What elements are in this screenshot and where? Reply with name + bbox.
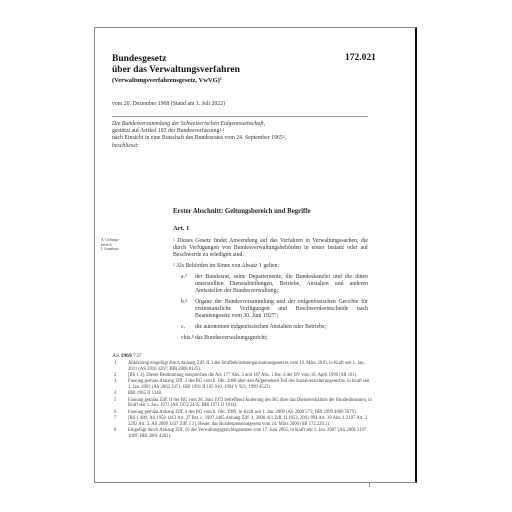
page-number: 1	[368, 483, 371, 489]
footnote-text: [BS 1 489; AS 1958 1413 Art. 27 Bst. c, …	[128, 416, 372, 427]
list-item-marker: c.	[181, 324, 195, 331]
margin-note: A. Geltungs-bereich I. Grundsatz	[101, 238, 127, 252]
preamble-line-4: beschliesst:	[112, 143, 286, 150]
list-item: c.die autonomen eidgenössischen Anstalte…	[173, 324, 368, 331]
title-line-2: über das Verwaltungsverfahren	[112, 65, 240, 76]
title-line-1: Bundesgesetz	[112, 54, 240, 65]
article-heading: Art. 1	[173, 225, 189, 232]
margin-note-scope: A. Geltungs-bereich	[101, 238, 127, 247]
footnote-number: 6	[112, 410, 128, 416]
footnote-ref[interactable]: 8	[192, 335, 194, 339]
article-body: 1 Dieses Gesetz findet Anwendung auf das…	[173, 238, 368, 346]
list-item-text: die autonomen eidgenössischen Anstalten …	[195, 324, 368, 331]
list-item-marker: a.5	[181, 274, 195, 295]
footnote: 1Abkürzung eingefügt durch Anhang Ziff. …	[112, 361, 372, 372]
paragraph-1: 1 Dieses Gesetz findet Anwendung auf das…	[173, 238, 368, 259]
official-collection-ref: AS 1969 737	[112, 353, 142, 359]
authority-list: a.5der Bundesrat, seine Departemente, di…	[173, 274, 368, 342]
divider	[112, 116, 368, 117]
footnote-text: Fassung gemäss Ziff. II des BG vom 28. J…	[128, 398, 372, 409]
footnote-text: Abkürzung eingefügt durch Anhang Ziff. I…	[128, 361, 372, 372]
footnote: 4BBl 1965 II 1348.	[112, 391, 372, 397]
law-title: Bundesgesetz über das Verwaltungsverfahr…	[112, 54, 240, 85]
footnote: 8Eingefügt durch Anhang Ziff. 10 des Ver…	[112, 428, 372, 439]
footnote-number: 7	[112, 416, 128, 427]
document-page: Bundesgesetz über das Verwaltungsverfahr…	[94, 27, 417, 483]
list-item: a.5der Bundesrat, seine Departemente, di…	[173, 274, 368, 295]
footnote-number: 5	[112, 398, 128, 409]
footnote-ref[interactable]: 1	[220, 77, 222, 81]
section-heading: Erster Abschnitt: Geltungsbereich und Be…	[173, 208, 311, 215]
preamble: Die Bundesversammlung der Schweizerische…	[112, 121, 286, 150]
list-item: cbis.8das Bundesverwaltungsgericht;	[173, 335, 368, 342]
footnote-ref[interactable]: 5	[185, 274, 187, 278]
footnote: 2[BS 1 3]. Dieser Bestimmung entsprechen…	[112, 373, 372, 379]
footnote-number: 1	[112, 361, 128, 372]
footnote: 5Fassung gemäss Ziff. II des BG vom 28. …	[112, 398, 372, 409]
footnote-number: 2	[112, 373, 128, 379]
footnote: 3Fassung gemäss Anhang Ziff. 2 des BG vo…	[112, 379, 372, 390]
title-line-3: (Verwaltungsverfahrensgesetz, VwVG)1	[112, 76, 240, 85]
footnote-text: Fassung gemäss Anhang Ziff. 4 des BG vom…	[128, 410, 372, 416]
list-item-marker: cbis.8	[181, 335, 195, 342]
list-item-text: das Bundesverwaltungsgericht;	[195, 335, 368, 342]
footnote-number: 8	[112, 428, 128, 439]
list-item-label: cbis.	[181, 335, 192, 341]
footnote-ref[interactable]: 6	[185, 299, 187, 303]
footnote-number: 3	[112, 379, 128, 390]
footnote-text: Fassung gemäss Anhang Ziff. 2 des BG vom…	[128, 379, 372, 390]
footnotes: 1Abkürzung eingefügt durch Anhang Ziff. …	[112, 361, 372, 440]
footnote-number: 4	[112, 391, 128, 397]
preamble-line-3: nach Einsicht in eine Botschaft des Bund…	[112, 135, 286, 142]
margin-note-principle: I. Grundsatz	[101, 247, 127, 252]
footnote: 7[BS 1 489; AS 1958 1413 Art. 27 Bst. c,…	[112, 416, 372, 427]
list-item-text: der Bundesrat, seine Departemente, die B…	[195, 274, 368, 295]
footnote: 6Fassung gemäss Anhang Ziff. 4 des BG vo…	[112, 410, 372, 416]
paragraph-2: 2 Als Behörden im Sinne von Absatz 1 gel…	[173, 263, 368, 270]
sr-number: 172.021	[345, 53, 376, 63]
list-item: b.6Organe der Bundesversammlung und der …	[173, 299, 368, 320]
footnote-text: BBl 1965 II 1348.	[128, 391, 372, 397]
enactment-date: vom 20. Dezember 1968 (Stand am 1. Juli …	[112, 101, 225, 107]
footnote-ref[interactable]: 2,3	[219, 128, 224, 132]
list-item-text: Organe der Bundesversammlung und der eid…	[195, 299, 368, 320]
list-item-marker: b.6	[181, 299, 195, 320]
footnote-text: Eingefügt durch Anhang Ziff. 10 des Verw…	[128, 428, 372, 439]
list-item-label: c.	[181, 324, 185, 330]
footnote-ref[interactable]: 7	[275, 313, 277, 317]
footnote-ref[interactable]: 4	[283, 135, 285, 139]
footnote-text: [BS 1 3]. Dieser Bestimmung entsprechen …	[128, 373, 372, 379]
